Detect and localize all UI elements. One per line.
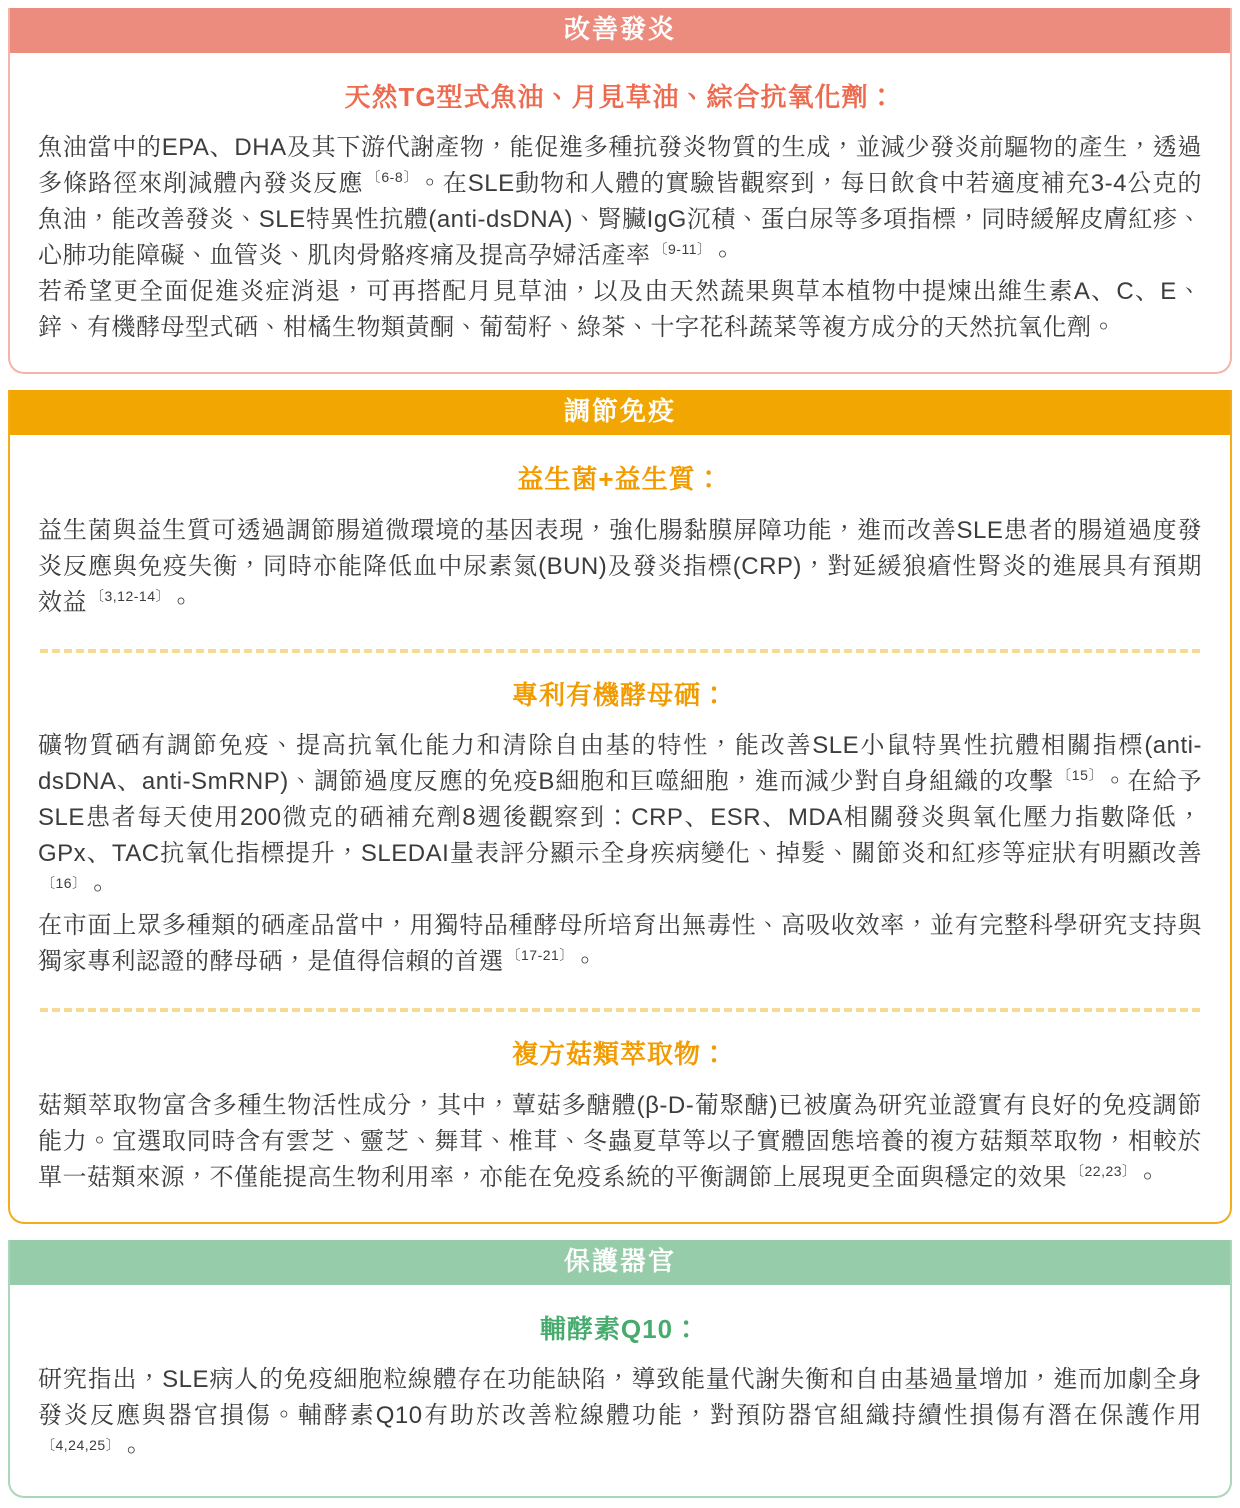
citation-superscript: 〔9-11〕 xyxy=(654,241,705,257)
paragraph: 若希望更全面促進炎症消退，可再搭配月見草油，以及由天然蔬果與草本植物中提煉出維生… xyxy=(38,274,1202,346)
subsection-title: 輔酵素Q10： xyxy=(38,1313,1202,1347)
section-header: 調節免疫 xyxy=(8,390,1232,435)
citation-superscript: 〔6-8〕 xyxy=(366,169,411,185)
section-body: 輔酵素Q10：研究指出，SLE病人的免疫細胞粒線體存在功能缺陷，導致能量代謝失衡… xyxy=(10,1285,1230,1497)
section-header: 改善發炎 xyxy=(8,8,1232,53)
text-run: 若希望更全面促進炎症消退，可再搭配月見草油，以及由天然蔬果與草本植物中提煉出維生… xyxy=(38,278,1202,341)
paragraph: 魚油當中的EPA、DHA及其下游代謝產物，能促進多種抗發炎物質的生成，並減少發炎… xyxy=(38,130,1202,274)
section-card-regulate-immunity: 調節免疫益生菌+益生質：益生菌與益生質可透過調節腸道微環境的基因表現，強化腸黏膜… xyxy=(8,390,1232,1224)
section-card-improve-inflammation: 改善發炎天然TG型式魚油、月見草油、綜合抗氧化劑：魚油當中的EPA、DHA及其下… xyxy=(8,8,1232,374)
citation-superscript: 〔4,24,25〕 xyxy=(41,1437,113,1453)
paragraph: 菇類萃取物富含多種生物活性成分，其中，蕈菇多醣體(β-D-葡聚醣)已被廣為研究並… xyxy=(38,1088,1202,1196)
text-run: 礦物質硒有調節免疫、提高抗氧化能力和清除自由基的特性，能改善SLE小鼠特異性抗體… xyxy=(38,732,1202,795)
text-run: 益生菌與益生質可透過調節腸道微環境的基因表現，強化腸黏膜屏障功能，進而改善SLE… xyxy=(38,517,1202,616)
paragraph: 研究指出，SLE病人的免疫細胞粒線體存在功能缺陷，導致能量代謝失衡和自由基過量增… xyxy=(38,1362,1202,1470)
citation-superscript: 〔3,12-14〕 xyxy=(90,588,163,604)
subsection-title: 複方菇類萃取物： xyxy=(38,1038,1202,1072)
dashed-divider xyxy=(40,1008,1200,1012)
paragraph: 礦物質硒有調節免疫、提高抗氧化能力和清除自由基的特性，能改善SLE小鼠特異性抗體… xyxy=(38,728,1202,908)
section-body: 天然TG型式魚油、月見草油、綜合抗氧化劑：魚油當中的EPA、DHA及其下游代謝產… xyxy=(10,53,1230,373)
subsection-title: 天然TG型式魚油、月見草油、綜合抗氧化劑： xyxy=(38,81,1202,115)
text-run: 。 xyxy=(86,876,111,903)
citation-superscript: 〔17-21〕 xyxy=(507,947,567,963)
text-run: 。 xyxy=(710,242,735,269)
dashed-divider xyxy=(40,649,1200,653)
text-run: 研究指出，SLE病人的免疫細胞粒線體存在功能缺陷，導致能量代謝失衡和自由基過量增… xyxy=(38,1366,1202,1429)
text-run: 。 xyxy=(573,948,598,975)
citation-superscript: 〔22,23〕 xyxy=(1070,1163,1130,1179)
paragraph: 在市面上眾多種類的硒產品當中，用獨特品種酵母所培育出無毒性、高吸收效率，並有完整… xyxy=(38,908,1202,980)
sections: 改善發炎天然TG型式魚油、月見草油、綜合抗氧化劑：魚油當中的EPA、DHA及其下… xyxy=(8,8,1232,1498)
text-run: 菇類萃取物富含多種生物活性成分，其中，蕈菇多醣體(β-D-葡聚醣)已被廣為研究並… xyxy=(38,1092,1202,1191)
section-header: 保護器官 xyxy=(8,1240,1232,1285)
text-run: 。 xyxy=(169,589,194,616)
section-body: 益生菌+益生質：益生菌與益生質可透過調節腸道微環境的基因表現，強化腸黏膜屏障功能… xyxy=(10,435,1230,1222)
paragraph: 益生菌與益生質可透過調節腸道微環境的基因表現，強化腸黏膜屏障功能，進而改善SLE… xyxy=(38,513,1202,621)
text-run: 在市面上眾多種類的硒產品當中，用獨特品種酵母所培育出無毒性、高吸收效率，並有完整… xyxy=(38,912,1202,975)
section-card-protect-organs: 保護器官輔酵素Q10：研究指出，SLE病人的免疫細胞粒線體存在功能缺陷，導致能量… xyxy=(8,1240,1232,1498)
text-run: 。 xyxy=(1136,1164,1161,1191)
subsection-title: 益生菌+益生質： xyxy=(38,463,1202,497)
citation-superscript: 〔15〕 xyxy=(1057,767,1097,783)
supplement-infographic: 改善發炎天然TG型式魚油、月見草油、綜合抗氧化劑：魚油當中的EPA、DHA及其下… xyxy=(0,0,1240,1508)
text-run: 。 xyxy=(119,1438,144,1465)
citation-superscript: 〔16〕 xyxy=(41,875,80,891)
subsection-title: 專利有機酵母硒： xyxy=(38,679,1202,713)
